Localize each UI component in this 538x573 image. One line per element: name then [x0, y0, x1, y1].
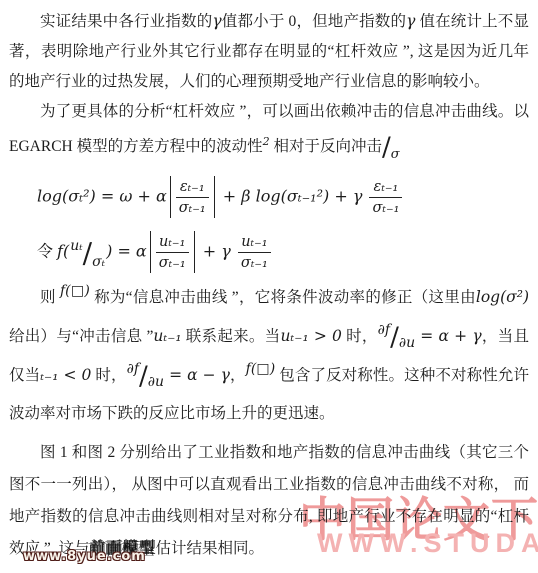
formula-middle: + γ — [198, 242, 236, 261]
fraction-numerator: εₜ₋₁ — [369, 178, 402, 198]
absolute-value-bars: εₜ₋₁σₜ₋₁ — [170, 176, 215, 218]
text-segment: 时， — [91, 367, 126, 384]
inline-math-segment: uₜ₋₁ — [153, 327, 181, 345]
inline-math-segment: f(□) — [246, 361, 276, 377]
diag-denominator: σₜ — [92, 254, 105, 270]
paragraph-figures-discussion: 图 1 和图 2 分别给出了工业指数和地产指数的信息冲击曲线（其它三个图不一一列… — [9, 437, 529, 565]
formula-equals: ) = α — [106, 242, 147, 261]
inline-math-segment: = α − γ — [164, 366, 230, 384]
inline-math-segment: ∂f — [127, 361, 139, 377]
fraction-denominator: σₜ₋₁ — [238, 253, 271, 271]
function-name: f( — [57, 242, 69, 261]
inline-math-segment: ∂f — [378, 322, 390, 338]
text-segment: 给出）与“冲击信息 ” — [9, 328, 153, 345]
document-body: 实证结果中各行业指数的γ值都小于 0，但地产指数的γ 值在统计上不显著，表明除地… — [0, 0, 538, 565]
fraction-numerator: uₜ₋₁ — [156, 233, 189, 253]
text-segment: 则 — [40, 289, 60, 306]
text-segment: 值都小于 0，但地产指数的 — [222, 13, 407, 30]
text-segment: 图 1 和图 2 分别给出了工业指数和地产指数的信息冲击曲线（其它三个图不一一列… — [9, 444, 529, 557]
diagonal-fraction: uₜ∕σₜ — [70, 243, 105, 262]
fraction-numerator: εₜ₋₁ — [176, 178, 209, 198]
news-impact-curve-equation: 令 f(uₜ∕σₜ) = αuₜ₋₁σₜ₋₁ + γ uₜ₋₁σₜ₋₁ — [37, 231, 529, 273]
inline-math-segment: ∕ — [139, 362, 148, 392]
fraction-denominator: σₜ₋₁ — [156, 253, 189, 271]
diag-numerator: uₜ — [70, 238, 82, 254]
inline-math-segment: log(σ²) — [476, 288, 529, 306]
text-segment: 相对于反向冲击 — [270, 138, 382, 155]
inline-math-segment: ∕ — [390, 323, 399, 353]
fraction: uₜ₋₁σₜ₋₁ — [238, 233, 271, 271]
inline-math-segment: 2 — [263, 135, 270, 148]
egarch-variance-equation: log(σₜ²) = ω + αεₜ₋₁σₜ₋₁ + β log(σₜ₋₁²) … — [37, 176, 529, 218]
formula-lead: log(σₜ²) = ω + α — [37, 187, 167, 206]
fraction-numerator: uₜ₋₁ — [238, 233, 271, 253]
text-segment: 联系起来。当 — [182, 328, 281, 345]
fraction-denominator: σₜ₋₁ — [176, 198, 209, 216]
fraction: εₜ₋₁σₜ₋₁ — [369, 178, 402, 216]
text-segment: 时， — [342, 328, 378, 345]
let-label: 令 — [37, 244, 57, 261]
paragraph-empirical-results: 实证结果中各行业指数的γ值都小于 0，但地产指数的γ 值在统计上不显著，表明除地… — [9, 6, 529, 97]
text-segment: 实证结果中各行业指数的 — [40, 13, 212, 30]
watermark-8yue-stamp: www.8yue.com — [23, 549, 146, 564]
inline-math-segment: γ — [212, 12, 221, 30]
inline-math-segment: σ — [391, 147, 400, 162]
formula-middle: + β log(σₜ₋₁²) + γ — [218, 187, 368, 206]
diag-slash: ∕ — [83, 236, 92, 269]
text-segment: 称为“信息冲击曲线 ”，它将条件波动率的修正（这里由 — [90, 289, 476, 306]
inline-math-segment: uₜ₋₁ > 0 — [280, 327, 341, 345]
fraction-denominator: σₜ₋₁ — [369, 198, 402, 216]
inline-math-segment: ₜ₋₁ < 0 — [40, 366, 91, 384]
inline-math-segment: = α + γ — [415, 327, 482, 345]
text-segment: ， — [230, 367, 246, 384]
scanned-paper-page: 中国论文下载 WWW.STUDA. 实证结果中各行业指数的γ值都小于 0，但地产… — [0, 0, 538, 573]
paragraph-analysis-intro: 为了更具体的分析“杠杆效应 ”，可以画出依赖冲击的信息冲击曲线。以 EGARCH… — [9, 97, 529, 163]
paragraph-curve-definition: 则 f(□) 称为“信息冲击曲线 ”，它将条件波动率的修正（这里由log(σ²)… — [9, 278, 529, 433]
inline-math-segment: ∂u — [148, 374, 164, 390]
inline-math-segment: ∕ — [382, 133, 391, 163]
text-segment: 估计结果相同。 — [156, 540, 265, 557]
absolute-value-bars: uₜ₋₁σₜ₋₁ — [150, 231, 195, 273]
inline-math-segment: f(□) — [60, 283, 90, 299]
inline-math-segment: ∂u — [399, 335, 415, 351]
